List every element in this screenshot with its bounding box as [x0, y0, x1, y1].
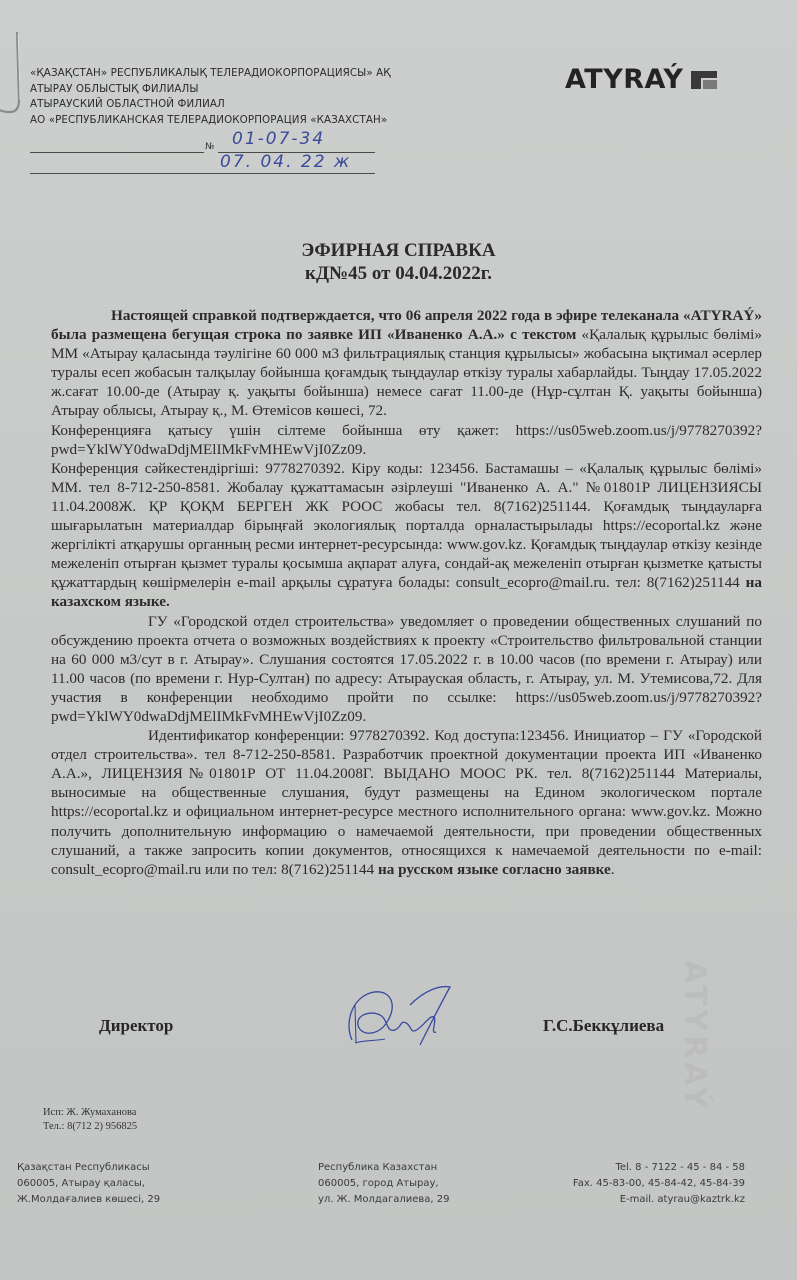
- contact-email: E-mail. atyrau@kaztrk.kz: [573, 1192, 745, 1208]
- watermark: ATYRAÝ: [677, 960, 712, 1112]
- paragraph-confirmation: Настоящей справкой подтверждается, что 0…: [51, 306, 762, 421]
- organization-header: «ҚАЗАҚСТАН» РЕСПУБЛИКАЛЫҚ ТЕЛЕРАДИОКОРПО…: [30, 66, 391, 128]
- handwritten-reg-number: 01-07-34: [232, 129, 325, 149]
- contact-fax: Fax. 45-83-00, 45-84-42, 45-84-39: [573, 1176, 745, 1192]
- document-subtitle: кД№45 от 04.04.2022г.: [0, 263, 797, 285]
- logo-text: ATYRAÝ: [565, 64, 683, 95]
- executor-name: Исп: Ж. Жумаханова: [43, 1106, 137, 1120]
- paperclip-icon: [0, 30, 22, 116]
- address-line: 060005, город Атырау,: [318, 1176, 450, 1192]
- paragraph-conference-details-ru: Идентификатор конференции: 9778270392. К…: [51, 726, 762, 879]
- address-line: Республика Казахстан: [318, 1160, 450, 1176]
- logo-mark-icon: [691, 71, 717, 89]
- registration-line: [30, 152, 204, 153]
- period: .: [611, 861, 615, 878]
- handwritten-reg-date: 07. 04. 22 ж: [220, 152, 351, 172]
- address-line: ул. Ж. Молдагалиева, 29: [318, 1192, 450, 1208]
- org-line: «ҚАЗАҚСТАН» РЕСПУБЛИКАЛЫҚ ТЕЛЕРАДИОКОРПО…: [30, 66, 391, 82]
- paragraph-conference-details-kz: Конференция сәйкестендіргіші: 9778270392…: [51, 459, 762, 612]
- address-line: Қазақстан Республикасы: [17, 1160, 160, 1176]
- contact-phone: Tel. 8 - 7122 - 45 - 84 - 58: [573, 1160, 745, 1176]
- executor-info: Исп: Ж. Жумаханова Тел.: 8(712 2) 956825: [43, 1106, 137, 1134]
- org-line: АТЫРАУСКИЙ ОБЛАСТНОЙ ФИЛИАЛ: [30, 97, 391, 113]
- conference-details-ru-text: Идентификатор конференции: 9778270392. К…: [51, 727, 762, 878]
- address-line: 060005, Атырау қаласы,: [17, 1176, 160, 1192]
- signatory-name: Г.С.Беккұлиева: [543, 1016, 664, 1036]
- footer-contacts: Tel. 8 - 7122 - 45 - 84 - 58 Fax. 45-83-…: [573, 1160, 745, 1208]
- footer-russian-address: Республика Казахстан 060005, город Атыра…: [318, 1160, 450, 1208]
- conference-details-kz-text: Конференция сәйкестендіргіші: 9778270392…: [51, 460, 762, 592]
- atyray-logo: ATYRAÝ: [565, 64, 717, 95]
- document-page: «ҚАЗАҚСТАН» РЕСПУБЛИКАЛЫҚ ТЕЛЕРАДИОКОРПО…: [0, 0, 797, 1280]
- registration-date-line: [30, 173, 375, 174]
- paragraph-conference-link-kz: Конференцияға қатысу үшін сілтеме бойынш…: [51, 421, 762, 459]
- paragraph-announcement-ru: ГУ «Городской отдел строительства» уведо…: [51, 612, 762, 727]
- handwritten-signature: [340, 985, 465, 1050]
- org-line: АТЫРАУ ОБЛЫСТЫҚ ФИЛИАЛЫ: [30, 82, 391, 98]
- registration-number-label: №: [205, 142, 214, 152]
- executor-phone: Тел.: 8(712 2) 956825: [43, 1120, 137, 1134]
- document-title: ЭФИРНАЯ СПРАВКА: [0, 240, 797, 262]
- language-note-ru: на русском языке согласно заявке: [378, 861, 611, 878]
- signatory-position: Директор: [99, 1016, 173, 1036]
- org-line: АО «РЕСПУБЛИКАНСКАЯ ТЕЛЕРАДИОКОРПОРАЦИЯ …: [30, 113, 391, 129]
- address-line: Ж.Молдағалиев көшесі, 29: [17, 1192, 160, 1208]
- footer-kazakh-address: Қазақстан Республикасы 060005, Атырау қа…: [17, 1160, 160, 1208]
- document-body: Настоящей справкой подтверждается, что 0…: [51, 306, 762, 879]
